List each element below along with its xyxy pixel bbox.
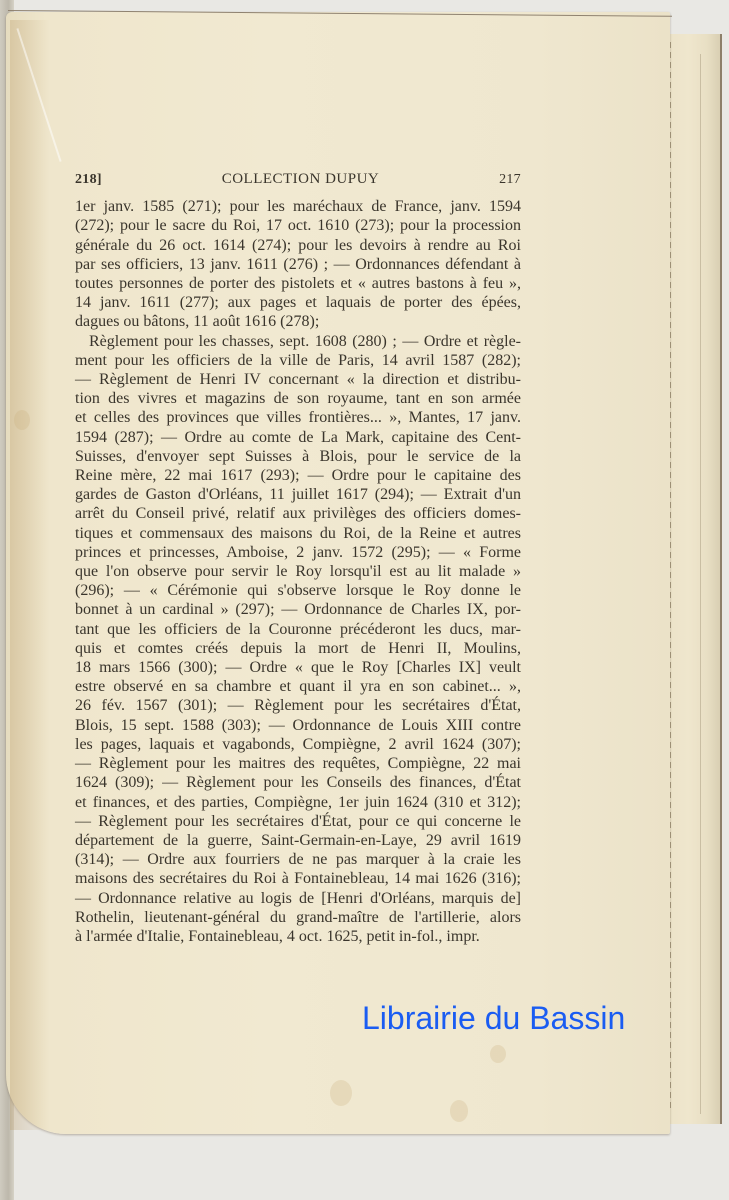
text-line: (296); — « Cérémonie qui s'observe lorsq… <box>75 581 521 600</box>
page-stack-edge <box>668 34 722 1124</box>
text-line: à l'armée d'Italie, Fontainebleau, 4 oct… <box>75 927 521 946</box>
text-line: Blois, 15 sept. 1588 (303); — Ordonnance… <box>75 716 521 735</box>
text-line: et finances, et des parties, Compiègne, … <box>75 793 521 812</box>
page-text-block: 218] COLLECTION DUPUY 217 1er janv. 1585… <box>75 170 521 946</box>
text-line: 14 janv. 1611 (277); aux pages et laquai… <box>75 293 521 312</box>
text-line: 26 fév. 1567 (301); — Règlement pour les… <box>75 696 521 715</box>
text-line: 1er janv. 1585 (271); pour les maréchaux… <box>75 197 521 216</box>
text-line: par ses officiers, 13 janv. 1611 (276) ;… <box>75 255 521 274</box>
text-line: dagues ou bâtons, 11 août 1616 (278); <box>75 312 521 331</box>
text-line: maisons des secrétaires du Roi à Fontain… <box>75 869 521 888</box>
text-line: quis et comtes créés depuis la mort de H… <box>75 639 521 658</box>
text-line: estre observé en sa chambre et quant il … <box>75 677 521 696</box>
text-line: princes et princesses, Amboise, 2 janv. … <box>75 543 521 562</box>
text-line: bonnet à un cardinal » (297); — Ordonnan… <box>75 600 521 619</box>
running-title: COLLECTION DUPUY <box>222 170 380 189</box>
text-line: gardes de Gaston d'Orléans, 11 juillet 1… <box>75 485 521 504</box>
foxing-stain <box>490 1045 506 1063</box>
text-line: tiques et commensaux des maisons du Roi,… <box>75 524 521 543</box>
text-line: générale du 26 oct. 1614 (274); pour les… <box>75 236 521 255</box>
text-line: toutes personnes de porter des pistolets… <box>75 274 521 293</box>
gutter-shadow <box>10 20 50 1130</box>
text-line: 1624 (309); — Règlement pour les Conseil… <box>75 773 521 792</box>
text-line: Suisses, d'envoyer sept Suisses à Blois,… <box>75 447 521 466</box>
text-line: que l'on observe pour servir le Roy lors… <box>75 562 521 581</box>
page-edge-line <box>700 54 701 1114</box>
text-line: les pages, laquais et vagabonds, Compièg… <box>75 735 521 754</box>
text-line: 18 mars 1566 (300); — Ordre « que le Roy… <box>75 658 521 677</box>
watermark-text: Librairie du Bassin <box>362 1000 625 1037</box>
text-line: 1594 (287); — Ordre au comte de La Mark,… <box>75 428 521 447</box>
text-line: et celles des provinces que villes front… <box>75 408 521 427</box>
paragraph-2: Règlement pour les chasses, sept. 1608 (… <box>75 332 521 947</box>
text-line: tant que les officiers de la Couronne pr… <box>75 620 521 639</box>
text-line: (314); — Ordre aux fourriers de ne pas m… <box>75 850 521 869</box>
text-line: — Règlement de Henri IV concernant « la … <box>75 370 521 389</box>
text-line: département de la guerre, Saint-Germain-… <box>75 831 521 850</box>
text-line: — Règlement pour les maitres des requête… <box>75 754 521 773</box>
running-head: 218] COLLECTION DUPUY 217 <box>75 170 521 189</box>
text-line: ment pour les officiers de la ville de P… <box>75 351 521 370</box>
foxing-stain <box>330 1080 352 1106</box>
page-number: 217 <box>499 170 521 189</box>
text-line: Reine mère, 22 mai 1617 (293); — Ordre p… <box>75 466 521 485</box>
foxing-stain <box>14 410 30 430</box>
text-line: (272); pour le sacre du Roi, 17 oct. 161… <box>75 216 521 235</box>
text-line: Rothelin, lieutenant-général du grand-ma… <box>75 908 521 927</box>
text-line: — Ordonnance relative au logis de [Henri… <box>75 889 521 908</box>
text-line: tion des vivres et magazins de son royau… <box>75 389 521 408</box>
text-line: Règlement pour les chasses, sept. 1608 (… <box>75 332 521 351</box>
text-line: arrêt du Conseil privé, relatif aux priv… <box>75 504 521 523</box>
page-edge-line <box>670 42 671 1112</box>
foxing-stain <box>450 1100 468 1122</box>
folio-number: 218] <box>75 170 102 189</box>
paragraph-1: 1er janv. 1585 (271); pour les maréchaux… <box>75 197 521 331</box>
text-line: — Règlement pour les secrétaires d'État,… <box>75 812 521 831</box>
